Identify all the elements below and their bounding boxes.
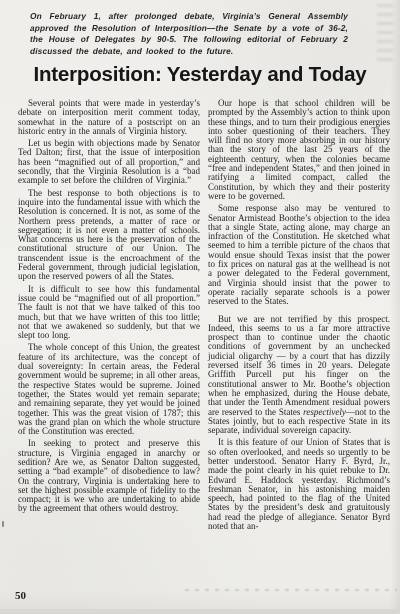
scan-artifact-tick: [2, 521, 4, 527]
paragraph: Our hope is that school children will be…: [208, 99, 390, 201]
paragraph-text: But we are not terrified by this prospec…: [208, 314, 390, 417]
paragraph: Let us begin with objections made by Sen…: [18, 139, 200, 185]
paragraph: It is this feature of our Union of State…: [208, 438, 390, 531]
page-number: 50: [15, 590, 26, 602]
paragraph: The best response to both objections is …: [18, 189, 200, 282]
magazine-page: On February 1, after prolonged debate, V…: [0, 0, 400, 614]
paragraph: But we are not terrified by this prospec…: [208, 315, 390, 436]
paragraph: Several points that were made in yesterd…: [18, 99, 200, 136]
article-title: Interposition: Yesterday and Today: [0, 63, 400, 87]
article-body: Several points that were made in yesterd…: [18, 99, 390, 534]
left-column: Several points that were made in yesterd…: [18, 99, 200, 534]
paragraph: Some response also may be ventured to Se…: [208, 204, 390, 306]
editorial-intro: On February 1, after prolonged debate, V…: [30, 11, 348, 57]
paragraph: In seeking to protect and preserve this …: [18, 439, 200, 513]
paragraph: The whole concept of this Union, the gre…: [18, 343, 200, 436]
scan-artifact-speckle: [185, 589, 397, 591]
right-column: Our hope is that school children will be…: [208, 99, 390, 534]
scan-artifact-edge-shade: [390, 0, 400, 614]
scan-artifact-bottom-band: [0, 609, 400, 614]
paragraph: It is difficult to see how this fundamen…: [18, 285, 200, 341]
